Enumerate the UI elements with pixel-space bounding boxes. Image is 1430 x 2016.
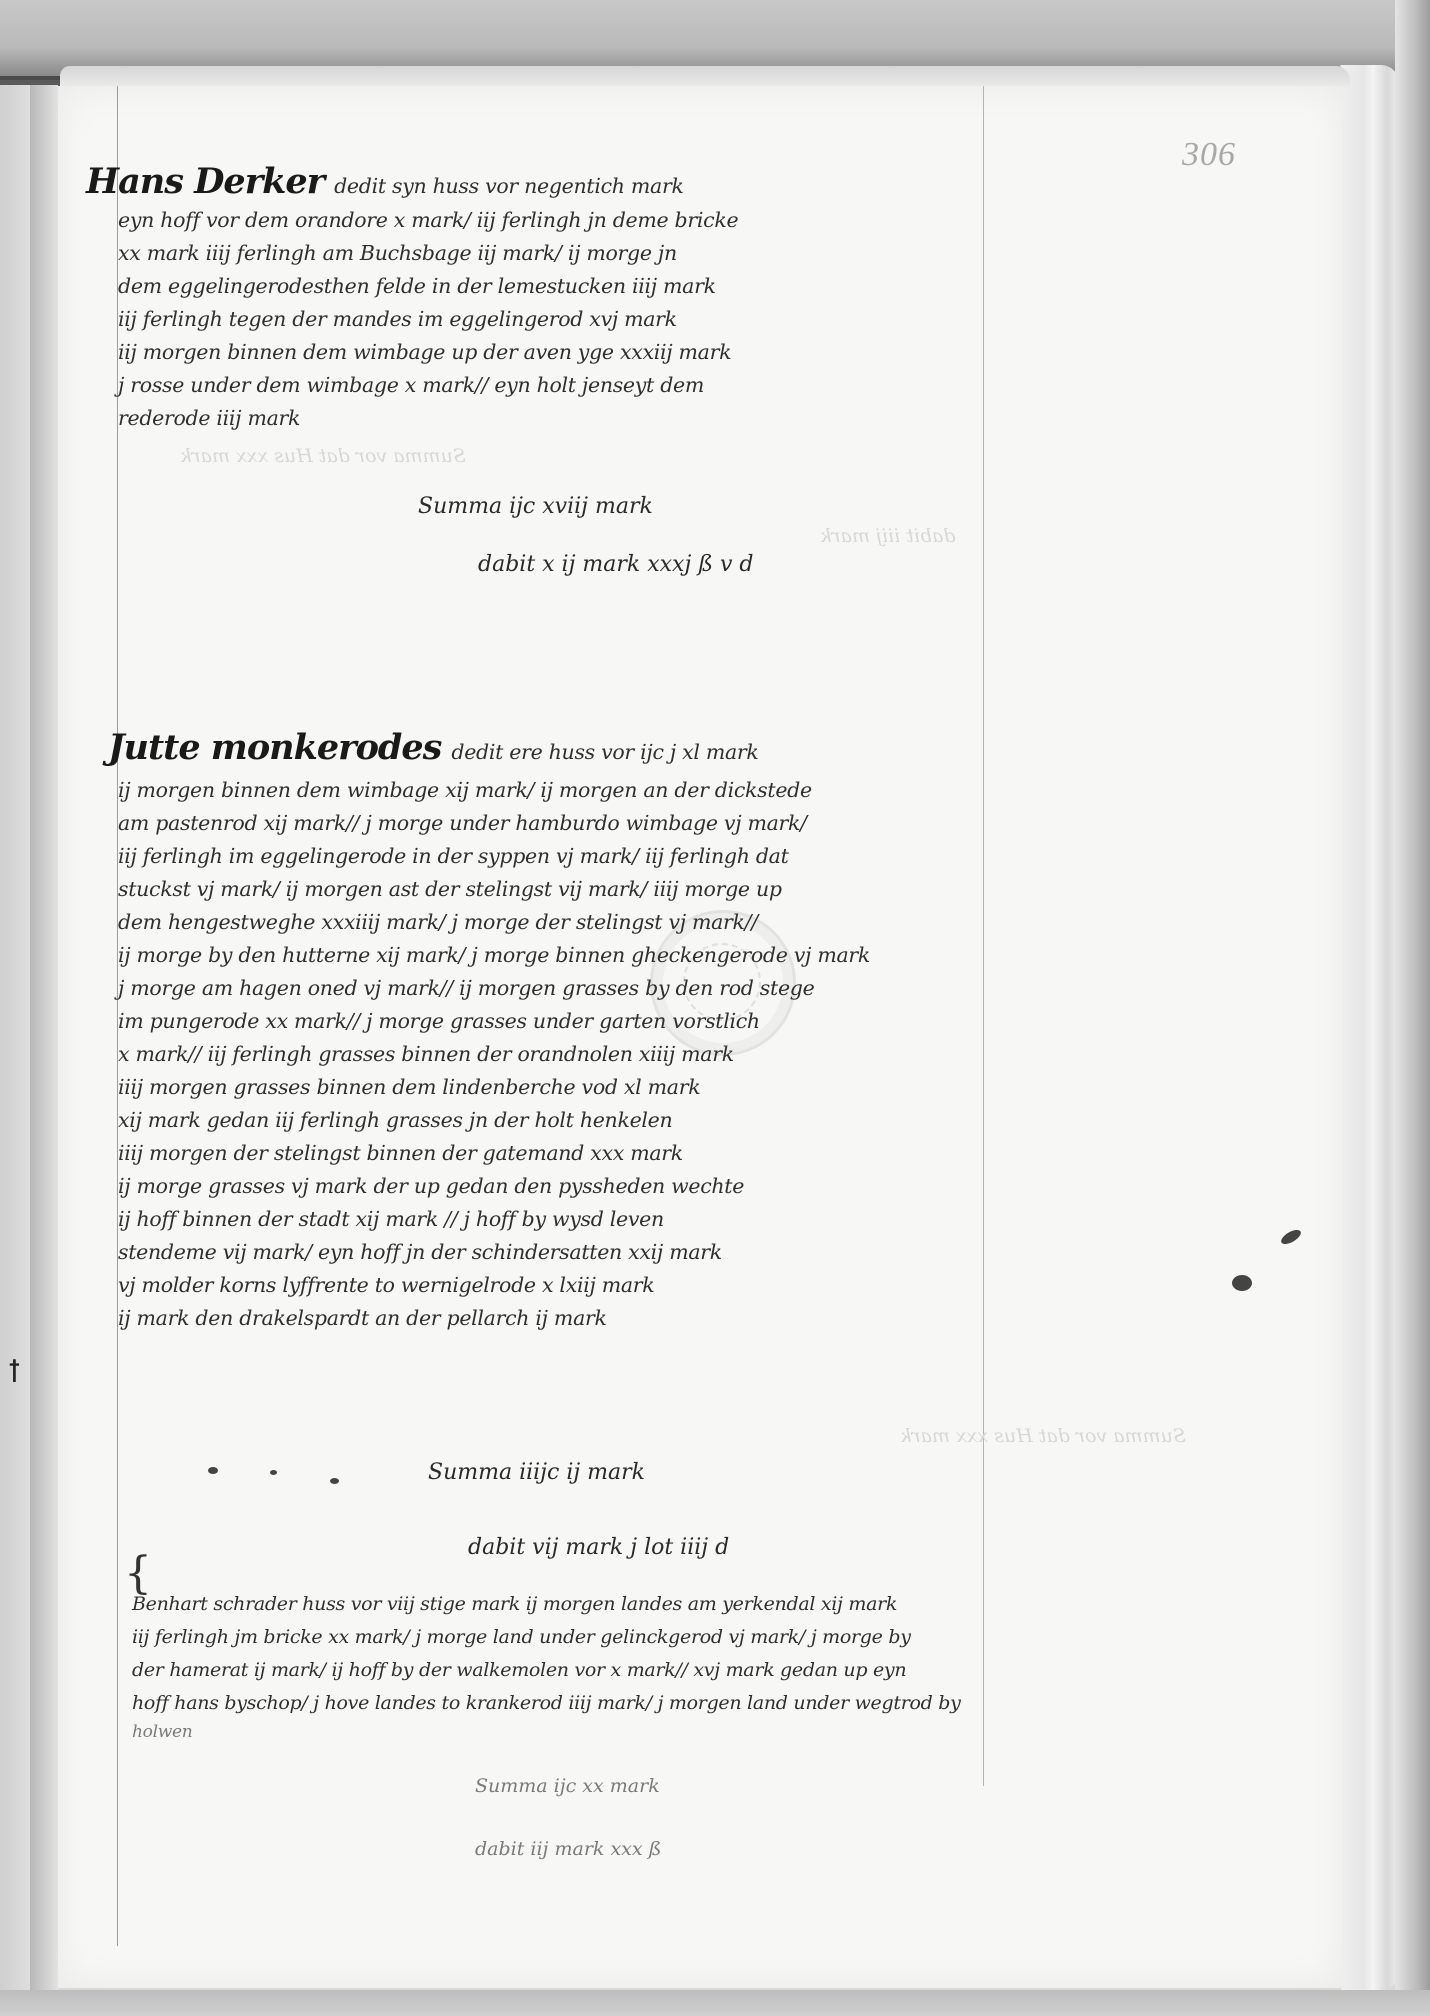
entry-line: dem eggelingerodesthen felde in der leme… xyxy=(118,270,738,303)
entry-line: stendeme vij mark/ eyn hoff jn der schin… xyxy=(118,1236,870,1269)
scanner-background-bottom xyxy=(0,1990,1430,2016)
entry-line: rederode iiij mark xyxy=(118,402,738,435)
entry-line: stuckst vj mark/ ij morgen ast der steli… xyxy=(118,873,870,906)
entry-line: ij morge grasses vj mark der up gedan de… xyxy=(118,1170,870,1203)
register-entry: Benhart schrader huss vor viij stige mar… xyxy=(132,1588,961,1744)
entry-line: Benhart schrader huss vor viij stige mar… xyxy=(132,1588,961,1621)
entry-line: der hamerat ij mark/ ij hoff by der walk… xyxy=(132,1654,961,1687)
entry-line: iij ferlingh im eggelingerode in der syp… xyxy=(118,840,870,873)
entry-line: hoff hans byschop/ j hove landes to kran… xyxy=(132,1687,961,1720)
ink-blot xyxy=(330,1478,339,1484)
entry-line: xx mark iiij ferlingh am Buchsbage iij m… xyxy=(118,237,738,270)
ink-blot xyxy=(270,1470,277,1475)
entry-name: Jutte monkerodes xyxy=(108,727,441,768)
entry-line: eyn hoff vor dem orandore x mark/ iij fe… xyxy=(118,204,738,237)
entry-line: ij morge by den hutterne xij mark/ j mor… xyxy=(118,939,870,972)
facing-page-edge xyxy=(0,85,32,1990)
entry-line: iij morgen binnen dem wimbage up der ave… xyxy=(118,336,738,369)
register-entry: Jutte monkerodesdedit ere huss vor ijc j… xyxy=(108,726,759,770)
bleed-through-text: dabit iiij mark xyxy=(820,520,956,553)
entry-line: iij ferlingh tegen der mandes im eggelin… xyxy=(118,303,738,336)
entry-line: ij morgen binnen dem wimbage xij mark/ i… xyxy=(118,774,870,807)
entry-line: x mark// iij ferlingh grasses binnen der… xyxy=(118,1038,870,1071)
book-gutter xyxy=(30,85,58,1990)
ink-blot xyxy=(208,1467,218,1474)
entry-line: holwen xyxy=(132,1720,961,1744)
dabit-tax: dabit x ij mark xxxj ß v d xyxy=(478,552,753,577)
entry-line: j morge am hagen oned vj mark// ij morge… xyxy=(118,972,870,1005)
entry-name: Hans Derker xyxy=(86,161,324,202)
entry-line: j rosse under dem wimbage x mark// eyn h… xyxy=(118,369,738,402)
page-top-edge xyxy=(60,66,1350,88)
entry-line: iij ferlingh jm bricke xx mark/ j morge … xyxy=(132,1621,961,1654)
ink-blot xyxy=(1232,1275,1252,1291)
entry-line: im pungerode xx mark// j morge grasses u… xyxy=(118,1005,870,1038)
entry-line: vj molder korns lyffrente to wernigelrod… xyxy=(118,1269,870,1302)
folio-number: 306 xyxy=(1182,136,1236,174)
entry-body: eyn hoff vor dem orandore x mark/ iij fe… xyxy=(118,204,738,435)
entry-line: ij mark den drakelspardt an der pellarch… xyxy=(118,1302,870,1335)
entry-line: dem hengestweghe xxxiiij mark/ j morge d… xyxy=(118,906,870,939)
summa-total: Summa ijc xx mark xyxy=(475,1775,660,1797)
entry-line: am pastenrod xij mark// j morge under ha… xyxy=(118,807,870,840)
bleed-through-text: Summa vor dat Hus xxx mark xyxy=(180,440,466,473)
entry-line: iiij morgen grasses binnen dem lindenber… xyxy=(118,1071,870,1104)
margin-mark: ꝉ xyxy=(8,1355,21,1390)
dabit-tax: dabit iij mark xxx ß xyxy=(475,1838,661,1860)
bleed-through-text: Summa vor dat Hus xxx mark xyxy=(900,1420,1186,1453)
scanner-background-right xyxy=(1395,0,1430,2016)
entry-line: xij mark gedan iij ferlingh grasses jn d… xyxy=(118,1104,870,1137)
entry-body: ij morgen binnen dem wimbage xij mark/ i… xyxy=(118,774,870,1335)
register-entry: Hans Derkerdedit syn huss vor negentich … xyxy=(86,160,684,204)
entry-line: dedit syn huss vor negentich mark xyxy=(334,174,683,198)
ruled-margin-right xyxy=(983,86,984,1786)
entry-line: dedit ere huss vor ijc j xl mark xyxy=(451,740,758,764)
dabit-tax: dabit vij mark j lot iiij d xyxy=(468,1535,729,1560)
summa-total: Summa ijc xviij mark xyxy=(418,494,653,519)
entry-line: iiij morgen der stelingst binnen der gat… xyxy=(118,1137,870,1170)
page-edges-stack xyxy=(1340,65,1399,1990)
summa-total: Summa iiijc ij mark xyxy=(428,1460,645,1485)
entry-line: ij hoff binnen der stadt xij mark // j h… xyxy=(118,1203,870,1236)
